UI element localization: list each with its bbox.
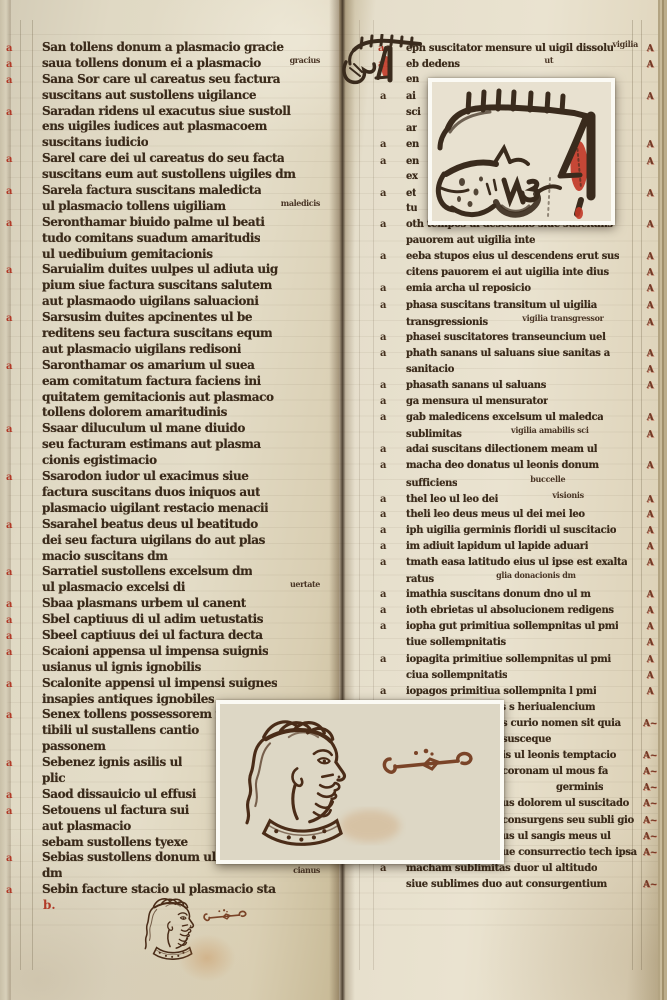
line-text: Sbeel captiuus dei ul factura decta (42, 628, 263, 644)
line-text: suscitans iudicio (42, 135, 148, 151)
text-line: a iopagita primitiue sollempnitas ul pmi… (378, 652, 660, 668)
text-line: a iopagos primitiua sollempnita l pmi A (378, 684, 660, 700)
interlinear-note: uertate (290, 577, 322, 593)
line-text: aut plasmaodo uigilans saluacioni (42, 294, 259, 310)
right-margin-letter: A (640, 458, 660, 474)
text-line: ratus glia donacionis dm (378, 571, 660, 587)
text-line: suscitans eum aut sustollens uigiles dm (6, 167, 322, 183)
line-text: macio suscitans dm (42, 549, 168, 565)
right-margin-letter: A (640, 427, 660, 443)
interlinear-note: vigilia amabilis sci (511, 422, 591, 438)
text-line: sufficiens buccelle (378, 475, 660, 491)
line-text: dm (42, 866, 62, 882)
line-text: consurgens seu subli gio (502, 813, 634, 829)
right-margin-letter: A (640, 217, 660, 233)
line-text: usianus ul ignis ignobilis (42, 660, 201, 676)
line-text: Scalonite appensi ul impensi suignes (42, 676, 277, 692)
text-line: factura suscitans duos iniquos aut (6, 485, 322, 501)
margin-letter (378, 877, 406, 893)
margin-letter: a (378, 523, 406, 539)
margin-letter: a (6, 613, 42, 629)
text-line: a phasa suscitans transitum ul uigilia A (378, 298, 660, 314)
line-text: en (406, 154, 419, 170)
line-text: iopha gut primitiua sollempnitas ul pmi (406, 619, 618, 635)
line-text: Sana Sor care ul careatus seu factura (42, 72, 280, 88)
line-text: germinis (556, 780, 603, 796)
line-text: saua tollens donum ei a plasmacio (42, 56, 261, 72)
line-text: tu (406, 201, 417, 217)
text-line: ul plasmacio tollens uigiliam maledicis (6, 199, 322, 215)
text-line: a Scaioni appensa ul impensa suignis (6, 644, 322, 660)
right-margin-letter: A (640, 410, 660, 426)
line-text: aut plasmacio uigilans redisoni (42, 342, 241, 358)
line-text: ga mensura ul mensurator (406, 394, 548, 410)
margin-letter: a (378, 507, 406, 523)
line-text: sublimitas (406, 427, 462, 443)
line-text: is ul leonis temptacio (502, 748, 616, 764)
text-line: tollens dolorem amaritudinis (6, 405, 322, 421)
line-text: Sebias sustollens donum ul (42, 850, 216, 866)
line-text: Saronthamar os amarium ul suea (42, 358, 255, 374)
margin-letter: a (6, 851, 42, 867)
line-text: en (406, 137, 419, 153)
line-text: plasmacio uigilant restacio menacii (42, 501, 268, 517)
text-line: suscitans aut sustollens uigilance (6, 88, 322, 104)
margin-letter: a (378, 458, 406, 474)
line-text: Sarratiel sustollens excelsum dm (42, 564, 252, 580)
margin-letter (528, 780, 556, 796)
line-text: ul plasmacio excelsi di (42, 580, 185, 596)
line-text: Sebenez ignis asilis ul (42, 755, 182, 771)
quire-mark: b. (43, 898, 56, 912)
margin-letter: a (378, 249, 406, 265)
margin-letter: a (6, 708, 42, 724)
text-line: a im adiuit lapidum ul lapide aduari A (378, 539, 660, 555)
margin-letter: a (6, 359, 42, 375)
margin-letter: a (378, 330, 406, 346)
line-text: sci (406, 105, 421, 121)
text-line: seu facturam estimans aut plasma (6, 437, 322, 453)
text-line: a iopha gut primitiua sollempnitas ul pm… (378, 619, 660, 635)
line-text: Scaioni appensa ul impensa suignis (42, 644, 268, 660)
margin-letter: a (6, 883, 42, 899)
text-line: ul plasmacio excelsi di uertate (6, 580, 322, 596)
right-margin-letter: A (640, 684, 660, 700)
margin-letter (378, 668, 406, 684)
line-text: tudo comitans suadum amaritudis (42, 231, 260, 247)
manuscript-photo: a San tollens donum a plasmacio gracie a… (0, 0, 667, 1000)
margin-letter: a (6, 518, 42, 534)
line-text: Saod dissauicio ul effusi (42, 787, 196, 803)
margin-letter (378, 233, 406, 249)
right-margin-letter: A (640, 619, 660, 635)
line-text: Sarsusim duites apcinentes ul be (42, 310, 252, 326)
text-line: a Sbaa plasmans urbem ul canent (6, 596, 322, 612)
line-text: insapies antiques ignobiles (42, 692, 214, 708)
text-line: a iph uigilia germinis floridi ul suscit… (378, 523, 660, 539)
line-text: Setouens ul factura sui (42, 803, 189, 819)
text-line: a ioth ebrietas ul absolucionem redigens… (378, 603, 660, 619)
margin-letter: a (378, 89, 406, 105)
margin-letter: a (6, 645, 42, 661)
margin-letter: a (378, 281, 406, 297)
right-margin-letter: A (640, 362, 660, 378)
right-margin-letter: A (640, 89, 660, 105)
right-margin-letter: A (640, 587, 660, 603)
line-text: Saradan ridens ul exacutus siue sustoll (42, 104, 291, 120)
text-line: ciua sollempnitatis A (378, 668, 660, 684)
line-text: eam comitatum factura faciens ini (42, 374, 261, 390)
line-text: dei seu factura uigilans do aut plas (42, 533, 265, 549)
right-margin-letter: A (640, 298, 660, 314)
interlinear-note: cianus (293, 863, 322, 879)
line-text: sanitacio (406, 362, 454, 378)
line-text: adai suscitans dilectionem meam ul (406, 442, 597, 458)
line-text: ul uedibuium gemitacionis (42, 247, 213, 263)
right-margin-letter: A (640, 603, 660, 619)
text-line: a imathia suscitans donum dno ul m A (378, 587, 660, 603)
interlinear-note: vigilia transgressor (522, 310, 605, 326)
text-line: a eeba stupos eius ul descendens erut su… (378, 249, 660, 265)
text-line: a adai suscitans dilectionem meam ul (378, 442, 660, 458)
margin-letter (378, 265, 406, 281)
line-text: citens pauorem ei aut uigilia inte dius (406, 265, 609, 281)
line-text: sufficiens (406, 476, 457, 492)
line-text: quitatem gemitacionis aut plasmaco (42, 390, 274, 406)
line-text: imathia suscitans donum dno ul m (406, 587, 591, 603)
line-text: Ssarahel beatus deus ul beatitudo (42, 517, 258, 533)
line-text: suscitans eum aut sustollens uigiles dm (42, 167, 296, 183)
right-margin-letter: A~ (640, 813, 660, 829)
text-line: tiue sollempnitatis A (378, 635, 660, 651)
line-text: tibili ul sustallens cantio (42, 723, 199, 739)
margin-letter: a (6, 263, 42, 279)
text-line: a Ssarodon iudor ul exacimus siue (6, 469, 322, 485)
margin-letter: a (378, 619, 406, 635)
interlinear-note: vigilia (613, 36, 640, 52)
right-margin-letter: A~ (640, 780, 660, 796)
line-text: susceque (502, 732, 551, 748)
line-text: eeba stupos eius ul descendens erut sus (406, 249, 619, 265)
margin-letter: a (378, 186, 406, 202)
line-text: Sarela factura suscitans maledicta (42, 183, 261, 199)
right-margin-letter: A (640, 492, 660, 508)
right-margin-letter: A (640, 378, 660, 394)
line-text: iopagita primitiue sollempnitas ul pmi (406, 652, 611, 668)
line-text: Ssaar diluculum ul mane diuido (42, 421, 245, 437)
line-text: phasei suscitatores transeuncium uel (406, 330, 606, 346)
margin-letter: a (6, 41, 42, 57)
text-line (378, 893, 660, 909)
margin-letter: a (6, 677, 42, 693)
face-inset-image (216, 700, 504, 864)
text-line: a Scalonite appensi ul impensi suignes (6, 676, 322, 692)
margin-letter: a (6, 184, 42, 200)
text-line: sublimitas vigilia amabilis sci A (378, 426, 660, 442)
line-text: eph suscitator mensure ul uigil dissoluc… (406, 41, 613, 57)
interlinear-note: visionis (552, 487, 586, 503)
interlinear-note: glia donacionis dm (496, 567, 578, 583)
text-line: a Sarsusim duites apcinentes ul be (6, 310, 322, 326)
line-text: tiue sollempnitatis (406, 635, 506, 651)
text-line: a Saradan ridens ul exacutus siue sustol… (6, 104, 322, 120)
right-margin-letter: A (640, 281, 660, 297)
margin-letter: a (378, 298, 406, 314)
line-text: Saruialim duites uulpes ul adiuta uig (42, 262, 278, 278)
margin-letter: a (378, 587, 406, 603)
squiggle-doodle (202, 908, 252, 924)
margin-letter: a (6, 756, 42, 772)
line-text: ue consurrectio tech ipsa ara (502, 845, 638, 861)
line-text: aut plasmacio (42, 819, 131, 835)
line-text: ul plasmacio tollens uigiliam (42, 199, 226, 215)
right-margin-letter: A (640, 507, 660, 523)
fish-inset-image (428, 78, 615, 225)
line-text: tollens dolorem amaritudinis (42, 405, 227, 421)
right-margin-letter: A (640, 315, 660, 331)
margin-letter (378, 893, 406, 909)
line-text: factura suscitans duos iniquos aut (42, 485, 260, 501)
right-margin-letter: A (640, 41, 660, 57)
line-text: im adiuit lapidum ul lapide aduari (406, 539, 588, 555)
margin-letter: a (378, 217, 406, 233)
line-text: Ssarodon iudor ul exacimus siue (42, 469, 249, 485)
margin-letter (378, 362, 406, 378)
text-line: dei seu factura uigilans do aut plas (6, 533, 322, 549)
right-margin-letter: A (640, 539, 660, 555)
margin-letter: a (6, 422, 42, 438)
line-text: ai (406, 89, 416, 105)
text-line: a Sarela factura suscitans maledicta (6, 183, 322, 199)
margin-letter: a (378, 555, 406, 571)
text-line: a theli leo deus meus ul dei mei leo A (378, 507, 660, 523)
line-text: passonem (42, 739, 106, 755)
right-margin-letter: A (640, 186, 660, 202)
margin-letter: a (378, 603, 406, 619)
line-text: ens uigiles iudices aut plasmacoem (42, 119, 267, 135)
text-line: eam comitatum factura faciens ini (6, 374, 322, 390)
line-text: theli leo deus meus ul dei mei leo (406, 507, 585, 523)
line-text: reditens seu factura suscitans equm (42, 326, 272, 342)
text-line: a Sbeel captiuus dei ul factura decta (6, 628, 322, 644)
right-margin-letter: A~ (640, 829, 660, 845)
right-margin-letter: A~ (640, 845, 660, 861)
margin-letter: a (6, 105, 42, 121)
margin-letter (378, 315, 406, 331)
text-line: a emia archa ul reposicio A (378, 281, 660, 297)
fish-doodle (342, 34, 434, 90)
text-line: dm cianus (6, 866, 322, 882)
text-line: a Saruialim duites uulpes ul adiuta uig (6, 262, 322, 278)
right-margin-letter: A (640, 137, 660, 153)
right-margin-letter: A (640, 652, 660, 668)
margin-letter: a (378, 346, 406, 362)
text-line: a Seronthamar biuido palme ul beati (6, 215, 322, 231)
interlinear-note: ut (544, 52, 555, 68)
line-text: siue sublimes duo aut consurgentium (406, 877, 607, 893)
text-line: a Sarel care dei ul careatus do seu fact… (6, 151, 322, 167)
line-text: iopagos primitiua sollempnita l pmi (406, 684, 596, 700)
right-margin-letter: A~ (640, 877, 660, 893)
margin-letter: a (6, 597, 42, 613)
margin-letter: a (378, 539, 406, 555)
text-line: a Sbel captiuus di ul adim uetustatis (6, 612, 322, 628)
ink-stain (178, 934, 236, 982)
right-margin-letter: A (640, 57, 660, 73)
margin-letter: a (378, 492, 406, 508)
line-text: phath sanans ul saluans siue sanitas a (406, 346, 610, 362)
line-text: San tollens donum a plasmacio gracie (42, 40, 284, 56)
line-text: cionis egistimacio (42, 453, 157, 469)
text-line: aut plasmacio uigilans redisoni (6, 342, 322, 358)
text-line: a Sarratiel sustollens excelsum dm (6, 564, 322, 580)
line-text: Sbaa plasmans urbem ul canent (42, 596, 246, 612)
right-margin-letter: A~ (640, 796, 660, 812)
margin-letter: a (6, 311, 42, 327)
line-text: ciua sollempnitatis (406, 668, 507, 684)
interlinear-note: gracius (290, 53, 322, 69)
margin-letter: a (378, 442, 406, 458)
line-text: plic (42, 771, 65, 787)
right-margin-letter: A (640, 668, 660, 684)
text-line: ul uedibuium gemitacionis (6, 247, 322, 263)
margin-letter (378, 201, 406, 217)
text-line: reditens seu factura suscitans equm (6, 326, 322, 342)
text-line: a Sana Sor care ul careatus seu factura (6, 72, 322, 88)
line-text: seu facturam estimans aut plasma (42, 437, 261, 453)
text-line: a Ssarahel beatus deus ul beatitudo (6, 517, 322, 533)
margin-letter: a (378, 154, 406, 170)
line-text: s curio nomen sit quia (502, 716, 621, 732)
text-line: aut plasmaodo uigilans saluacioni (6, 294, 322, 310)
margin-letter (378, 121, 406, 137)
line-text: sebam sustollens tyexe (42, 835, 188, 851)
line-text: thel leo ul leo dei (406, 492, 498, 508)
right-margin-letter: A (640, 346, 660, 362)
text-line: siue sublimes duo aut consurgentium A~ (378, 877, 660, 893)
line-text: emia archa ul reposicio (406, 281, 531, 297)
right-margin-letter: A~ (640, 764, 660, 780)
line-text: Seronthamar biuido palme ul beati (42, 215, 265, 231)
interlinear-note: maledicis (281, 196, 322, 212)
right-margin-letter: A~ (640, 716, 660, 732)
text-line: ens uigiles iudices aut plasmacoem (6, 119, 322, 135)
right-margin-letter: A (640, 265, 660, 281)
margin-letter (378, 572, 406, 588)
line-text: iph uigilia germinis floridi ul suscitac… (406, 523, 616, 539)
margin-letter: a (378, 394, 406, 410)
text-line: a Saronthamar os amarium ul suea (6, 358, 322, 374)
text-line: a thel leo ul leo dei visionis A (378, 491, 660, 507)
text-line: a phasath sanans ul saluans A (378, 378, 660, 394)
text-line: pauorem aut uigilia inte (378, 233, 660, 249)
text-line: tudo comitans suadum amaritudis (6, 231, 322, 247)
text-line: plasmacio uigilant restacio menacii (6, 501, 322, 517)
text-line: a Ssaar diluculum ul mane diuido (6, 421, 322, 437)
margin-letter: a (6, 73, 42, 89)
text-line: sanitacio A (378, 362, 660, 378)
margin-letter: a (378, 410, 406, 426)
line-text: Sarel care dei ul careatus do seu facta (42, 151, 284, 167)
margin-letter: a (6, 788, 42, 804)
margin-letter: a (6, 470, 42, 486)
margin-letter: a (378, 684, 406, 700)
line-text: Senex tollens possessorem tibi (42, 707, 237, 723)
margin-letter: a (6, 216, 42, 232)
line-text: suscitans aut sustollens uigilance (42, 88, 256, 104)
fish-inset-drawing (432, 82, 611, 221)
text-line: a phath sanans ul saluans siue sanitas a… (378, 346, 660, 362)
text-line: transgressionis vigilia transgressor A (378, 314, 660, 330)
margin-letter (378, 427, 406, 443)
margin-letter: a (6, 57, 42, 73)
line-text: ratus (406, 572, 434, 588)
margin-letter (378, 105, 406, 121)
text-line: macio suscitans dm (6, 549, 322, 565)
text-line: pium siue factura suscitans salutem (6, 278, 322, 294)
text-line: citens pauorem ei aut uigilia inte dius … (378, 265, 660, 281)
line-text: et (406, 186, 416, 202)
margin-letter: a (6, 629, 42, 645)
line-text: us dolorem ul suscitado (502, 796, 629, 812)
text-line: suscitans iudicio (6, 135, 322, 151)
margin-letter: a (378, 652, 406, 668)
line-text: macha deo donatus ul leonis donum (406, 458, 599, 474)
line-text: ar (406, 121, 417, 137)
right-margin-letter: A (640, 635, 660, 651)
margin-letter: a (378, 378, 406, 394)
face-inset-drawing (220, 704, 500, 860)
line-text: pauorem aut uigilia inte (406, 233, 535, 249)
line-text: pium siue factura suscitans salutem (42, 278, 272, 294)
right-margin-letter: A~ (640, 748, 660, 764)
margin-letter (378, 635, 406, 651)
right-margin-letter: A (640, 249, 660, 265)
line-text: coronam ul mous fa (502, 764, 608, 780)
margin-letter: a (6, 804, 42, 820)
text-line: cionis egistimacio (6, 453, 322, 469)
text-line: quitatem gemitacionis aut plasmaco (6, 390, 322, 406)
line-text: transgressionis (406, 315, 488, 331)
margin-letter (378, 169, 406, 185)
margin-letter: a (6, 152, 42, 168)
text-line: a macha deo donatus ul leonis donum A (378, 458, 660, 474)
margin-letter: a (378, 137, 406, 153)
margin-letter (378, 476, 406, 492)
text-line: a ga mensura ul mensurator (378, 394, 660, 410)
margin-letter: a (6, 565, 42, 581)
text-line: usianus ul ignis ignobilis (6, 660, 322, 676)
line-text: ioth ebrietas ul absolucionem redigens (406, 603, 614, 619)
line-text: Sbel captiuus di ul adim uetustatis (42, 612, 263, 628)
right-margin-letter: A (640, 555, 660, 571)
right-margin-letter: A (640, 523, 660, 539)
right-margin-letter: A (640, 154, 660, 170)
line-text: ex (406, 169, 418, 185)
text-line: a phasei suscitatores transeuncium uel (378, 330, 660, 346)
line-text: phasath sanans ul saluans (406, 378, 546, 394)
text-line: a San tollens donum a plasmacio gracie (6, 40, 322, 56)
interlinear-note: buccelle (530, 471, 567, 487)
text-line: a saua tollens donum ei a plasmacio grac… (6, 56, 322, 72)
line-text: us ul sangis meus ul (502, 829, 611, 845)
